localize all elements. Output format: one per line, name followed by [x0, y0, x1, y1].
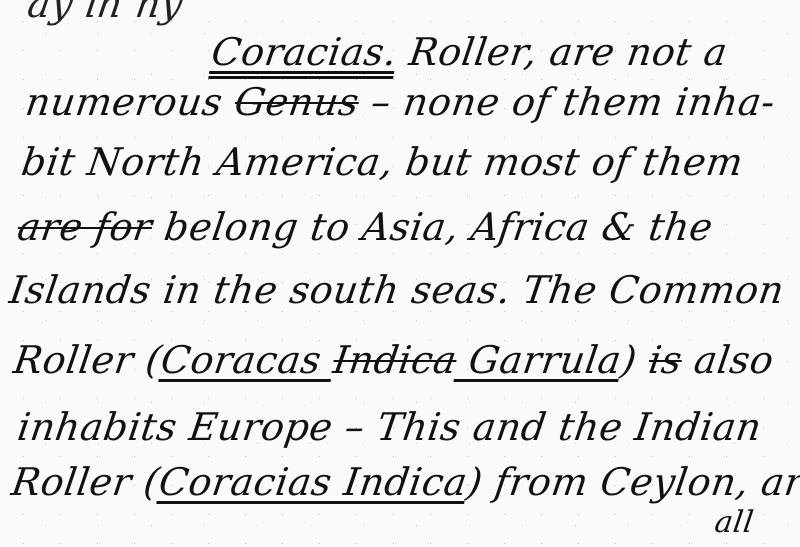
line-7: inhabits Europe – This and the Indian	[15, 405, 764, 449]
text-segment: all	[713, 505, 756, 540]
genus-heading: Coracias.	[209, 30, 400, 74]
text-segment: bit North America, but most of them	[19, 140, 746, 184]
line-1: Coracias. Roller, are not a	[209, 30, 730, 74]
catchword: all	[713, 505, 756, 540]
line-5: Islands in the south seas. The Common	[7, 268, 787, 312]
text-segment: ) from Ceylon, are	[464, 460, 800, 504]
text-segment: belong to Asia, Africa & the	[149, 205, 716, 249]
line-fragment-top: ay ih ny	[25, 0, 186, 26]
line-4: are for belong to Asia, Africa & the	[15, 205, 716, 249]
line-6: Roller (Coracas Indica Garrula) is also	[11, 338, 777, 382]
struck-text: Genus	[232, 80, 362, 124]
text-segment: numerous	[23, 80, 238, 124]
text-segment: – none of them inha-	[356, 80, 778, 124]
line-8: Roller (Coracias Indica) from Ceylon, ar…	[9, 460, 800, 504]
text-segment: Islands in the south seas. The Common	[7, 268, 787, 312]
line-3: bit North America, but most of them	[19, 140, 746, 184]
text-segment: ay ih ny	[25, 0, 186, 26]
text-segment: also	[679, 338, 777, 382]
struck-text: are for	[15, 205, 155, 249]
text-segment: Roller, are not a	[394, 30, 730, 74]
manuscript-page: ay ih ny Coracias. Roller, are not a num…	[0, 0, 800, 547]
species-name: Garrula	[453, 338, 624, 382]
species-name: Coracas	[158, 338, 336, 382]
text-segment: inhabits Europe – This and the Indian	[15, 405, 764, 449]
text-segment: Roller (	[9, 460, 163, 504]
line-2: numerous Genus – none of them inha-	[23, 80, 778, 124]
species-name: Coracias Indica	[156, 460, 470, 504]
struck-text: Indica	[331, 338, 460, 382]
text-segment: Roller (	[11, 338, 165, 382]
